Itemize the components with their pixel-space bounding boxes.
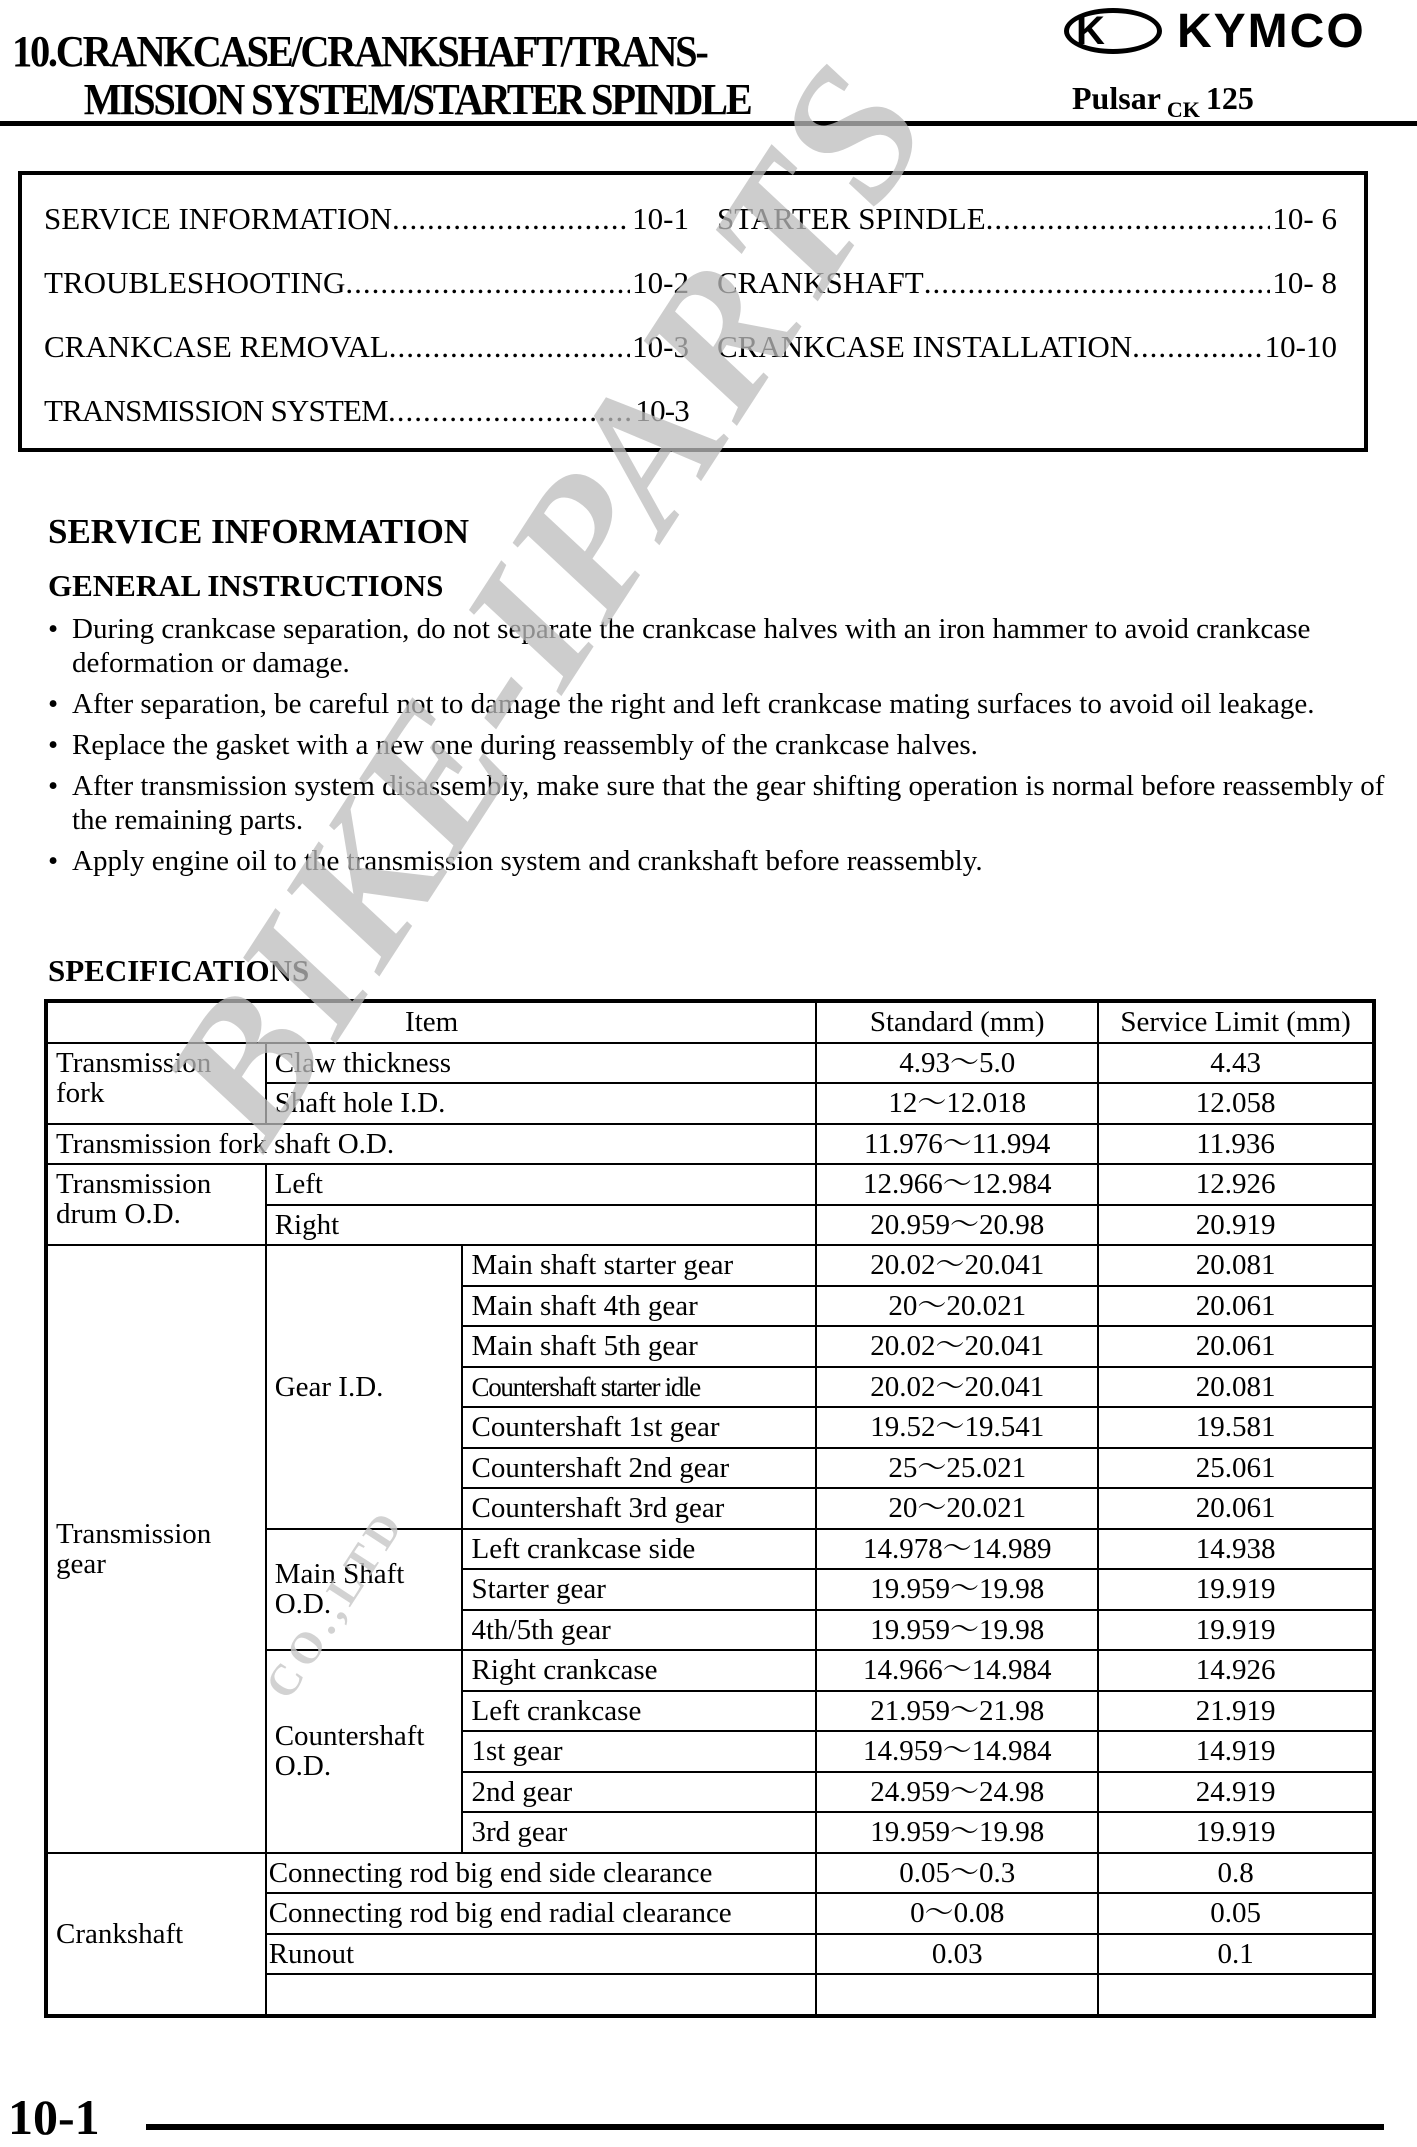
column-header-item: Item — [46, 1001, 816, 1043]
row-item: Left crankcase — [462, 1691, 816, 1732]
row-limit: 20.061 — [1098, 1326, 1374, 1367]
bullet-icon: • — [48, 728, 72, 762]
toc-leader: ........................................… — [388, 393, 633, 429]
row-limit: 24.919 — [1098, 1772, 1374, 1813]
row-limit: 20.919 — [1098, 1205, 1374, 1246]
kymco-logo: K KYMCO — [1062, 4, 1407, 56]
toc-leader: ........................................… — [389, 329, 630, 365]
instruction-item: •Apply engine oil to the transmission sy… — [48, 844, 1388, 878]
specifications-heading: SPECIFICATIONS — [48, 953, 309, 989]
toc-label: TRANSMISSION SYSTEM — [44, 393, 388, 429]
group-label: Transmission gear — [46, 1245, 266, 1853]
row-standard: 20～20.021 — [816, 1488, 1098, 1529]
toc-page: 10-1 — [630, 201, 689, 237]
instruction-text: After transmission system disassembly, m… — [72, 769, 1388, 837]
empty-cell — [816, 1974, 1098, 2016]
row-standard: 25～25.021 — [816, 1448, 1098, 1489]
row-standard: 0.05～0.3 — [816, 1853, 1098, 1894]
toc-label: CRANKCASE INSTALLATION — [717, 329, 1132, 365]
instruction-text: During crankcase separation, do not sepa… — [72, 612, 1388, 680]
row-limit: 19.581 — [1098, 1407, 1374, 1448]
row-standard: 0.03 — [816, 1934, 1098, 1975]
table-row: Crankshaft Connecting rod big end side c… — [46, 1853, 1374, 1894]
specifications-table: Item Standard (mm) Service Limit (mm) Tr… — [44, 999, 1376, 2018]
toc-item[interactable]: TROUBLESHOOTING.........................… — [44, 265, 689, 301]
model-sub: CK — [1167, 97, 1200, 122]
header-rule — [0, 121, 1417, 126]
row-limit: 20.081 — [1098, 1245, 1374, 1286]
column-header-limit: Service Limit (mm) — [1098, 1001, 1374, 1043]
instruction-item: •Replace the gasket with a new one durin… — [48, 728, 1388, 762]
row-item: 2nd gear — [462, 1772, 816, 1813]
row-limit: 14.938 — [1098, 1529, 1374, 1570]
row-limit: 20.081 — [1098, 1367, 1374, 1408]
row-standard: 19.959～19.98 — [816, 1812, 1098, 1853]
group-label: Transmission fork — [46, 1043, 266, 1124]
row-limit: 4.43 — [1098, 1043, 1374, 1084]
row-item: Main shaft starter gear — [462, 1245, 816, 1286]
row-standard: 12.966～12.984 — [816, 1164, 1098, 1205]
toc-leader: ........................................… — [392, 201, 630, 237]
row-standard: 20.02～20.041 — [816, 1326, 1098, 1367]
row-item: Countershaft 2nd gear — [462, 1448, 816, 1489]
toc-leader: ........................................… — [924, 265, 1271, 301]
row-standard: 20.02～20.041 — [816, 1245, 1098, 1286]
row-item: Shaft hole I.D. — [266, 1083, 817, 1124]
row-limit: 20.061 — [1098, 1286, 1374, 1327]
toc-leader: ........................................… — [1132, 329, 1263, 365]
bullet-icon: • — [48, 769, 72, 837]
row-item: 1st gear — [462, 1731, 816, 1772]
table-row: Transmission drum O.D. Left 12.966～12.98… — [46, 1164, 1374, 1205]
page-number: 10-1 — [8, 2088, 100, 2146]
bullet-icon: • — [48, 612, 72, 680]
row-item: Runout — [266, 1934, 817, 1975]
table-of-contents: SERVICE INFORMATION.....................… — [18, 171, 1368, 452]
group-label: Crankshaft — [46, 1853, 266, 2016]
toc-page: 10-10 — [1263, 329, 1337, 365]
row-item: Left crankcase side — [462, 1529, 816, 1570]
row-item: 4th/5th gear — [462, 1610, 816, 1651]
subsection-heading: GENERAL INSTRUCTIONS — [48, 568, 443, 604]
brand-name: KYMCO — [1177, 4, 1366, 60]
row-standard: 19.959～19.98 — [816, 1610, 1098, 1651]
model-label: PulsarCK125 — [1072, 80, 1254, 117]
chapter-title-line2: MISSION SYSTEM/STARTER SPINDLE — [12, 76, 750, 124]
toc-item[interactable]: CRANKCASE REMOVAL.......................… — [44, 329, 689, 365]
model-number: 125 — [1206, 80, 1254, 116]
row-limit: 21.919 — [1098, 1691, 1374, 1732]
row-item: Countershaft starter idle — [462, 1367, 816, 1408]
toc-item[interactable]: TRANSMISSION SYSTEM.....................… — [44, 393, 689, 429]
toc-leader: ........................................… — [986, 201, 1271, 237]
bullet-icon: • — [48, 844, 72, 878]
toc-page: 10- 6 — [1270, 201, 1337, 237]
row-limit: 0.1 — [1098, 1934, 1374, 1975]
row-limit: 19.919 — [1098, 1812, 1374, 1853]
instruction-list: •During crankcase separation, do not sep… — [48, 612, 1388, 885]
footer-rule — [146, 2124, 1384, 2130]
group-label: Transmission drum O.D. — [46, 1164, 266, 1245]
row-standard: 14.978～14.989 — [816, 1529, 1098, 1570]
toc-item[interactable]: CRANKCASE INSTALLATION..................… — [717, 329, 1337, 365]
table-header-row: Item Standard (mm) Service Limit (mm) — [46, 1001, 1374, 1043]
row-item: Main shaft 4th gear — [462, 1286, 816, 1327]
row-item: Countershaft 3rd gear — [462, 1488, 816, 1529]
kymco-k-icon: K — [1076, 8, 1105, 54]
empty-cell — [1098, 1974, 1374, 2016]
toc-label: STARTER SPINDLE — [717, 201, 986, 237]
table-row: Transmission gear Gear I.D. Main shaft s… — [46, 1245, 1374, 1286]
row-limit: 19.919 — [1098, 1569, 1374, 1610]
row-standard: 21.959～21.98 — [816, 1691, 1098, 1732]
row-item: Countershaft 1st gear — [462, 1407, 816, 1448]
row-item: Starter gear — [462, 1569, 816, 1610]
row-standard: 12～12.018 — [816, 1083, 1098, 1124]
toc-item[interactable]: STARTER SPINDLE.........................… — [717, 201, 1337, 237]
row-limit: 12.058 — [1098, 1083, 1374, 1124]
row-standard: 14.959～14.984 — [816, 1731, 1098, 1772]
row-limit: 0.05 — [1098, 1893, 1374, 1934]
row-standard: 20～20.021 — [816, 1286, 1098, 1327]
table-row: Transmission fork Claw thickness 4.93～5.… — [46, 1043, 1374, 1084]
row-limit: 20.061 — [1098, 1488, 1374, 1529]
row-standard: 20.959～20.98 — [816, 1205, 1098, 1246]
instruction-item: •After transmission system disassembly, … — [48, 769, 1388, 837]
row-item: Connecting rod big end radial clearance — [266, 1893, 817, 1934]
row-limit: 11.936 — [1098, 1124, 1374, 1165]
empty-cell — [266, 1974, 817, 2016]
row-limit: 14.926 — [1098, 1650, 1374, 1691]
column-header-standard: Standard (mm) — [816, 1001, 1098, 1043]
chapter-title: 10.CRANKCASE/CRANKSHAFT/TRANS- MISSION S… — [12, 28, 750, 124]
toc-page: 10-3 — [633, 393, 689, 429]
instruction-text: Apply engine oil to the transmission sys… — [72, 844, 983, 878]
instruction-item: •After separation, be careful not to dam… — [48, 687, 1388, 721]
toc-label: CRANKCASE REMOVAL — [44, 329, 389, 365]
toc-page: 10-3 — [630, 329, 689, 365]
instruction-item: •During crankcase separation, do not sep… — [48, 612, 1388, 680]
row-item: Claw thickness — [266, 1043, 817, 1084]
toc-page: 10- 8 — [1270, 265, 1337, 301]
row-standard: 11.976～11.994 — [816, 1124, 1098, 1165]
row-item: Connecting rod big end side clearance — [266, 1853, 817, 1894]
subgroup-label: Gear I.D. — [266, 1245, 463, 1529]
section-heading: SERVICE INFORMATION — [48, 512, 469, 552]
toc-label: SERVICE INFORMATION — [44, 201, 392, 237]
toc-page: 10-2 — [630, 265, 689, 301]
chapter-title-line1: 10.CRANKCASE/CRANKSHAFT/TRANS- — [12, 27, 707, 76]
toc-label: CRANKSHAFT — [717, 265, 924, 301]
toc-label: TROUBLESHOOTING — [44, 265, 345, 301]
toc-leader: ........................................… — [345, 265, 630, 301]
row-item: Main shaft 5th gear — [462, 1326, 816, 1367]
model-name: Pulsar — [1072, 80, 1161, 116]
row-standard: 0～0.08 — [816, 1893, 1098, 1934]
row-item: Right crankcase — [462, 1650, 816, 1691]
instruction-text: After separation, be careful not to dama… — [72, 687, 1314, 721]
toc-item[interactable]: CRANKSHAFT..............................… — [717, 265, 1337, 301]
row-standard: 24.959～24.98 — [816, 1772, 1098, 1813]
instruction-text: Replace the gasket with a new one during… — [72, 728, 978, 762]
row-standard: 19.52～19.541 — [816, 1407, 1098, 1448]
row-limit: 12.926 — [1098, 1164, 1374, 1205]
row-limit: 19.919 — [1098, 1610, 1374, 1651]
row-item: 3rd gear — [462, 1812, 816, 1853]
row-standard: 19.959～19.98 — [816, 1569, 1098, 1610]
row-standard: 14.966～14.984 — [816, 1650, 1098, 1691]
subgroup-label: Main Shaft O.D. — [266, 1529, 463, 1651]
row-item: Left — [266, 1164, 817, 1205]
subgroup-label: Countershaft O.D. — [266, 1650, 463, 1853]
row-limit: 0.8 — [1098, 1853, 1374, 1894]
row-item: Transmission fork shaft O.D. — [46, 1124, 816, 1165]
row-standard: 20.02～20.041 — [816, 1367, 1098, 1408]
row-limit: 14.919 — [1098, 1731, 1374, 1772]
row-standard: 4.93～5.0 — [816, 1043, 1098, 1084]
row-limit: 25.061 — [1098, 1448, 1374, 1489]
row-item: Right — [266, 1205, 817, 1246]
toc-item[interactable]: SERVICE INFORMATION.....................… — [44, 201, 689, 237]
bullet-icon: • — [48, 687, 72, 721]
table-row: Transmission fork shaft O.D. 11.976～11.9… — [46, 1124, 1374, 1165]
